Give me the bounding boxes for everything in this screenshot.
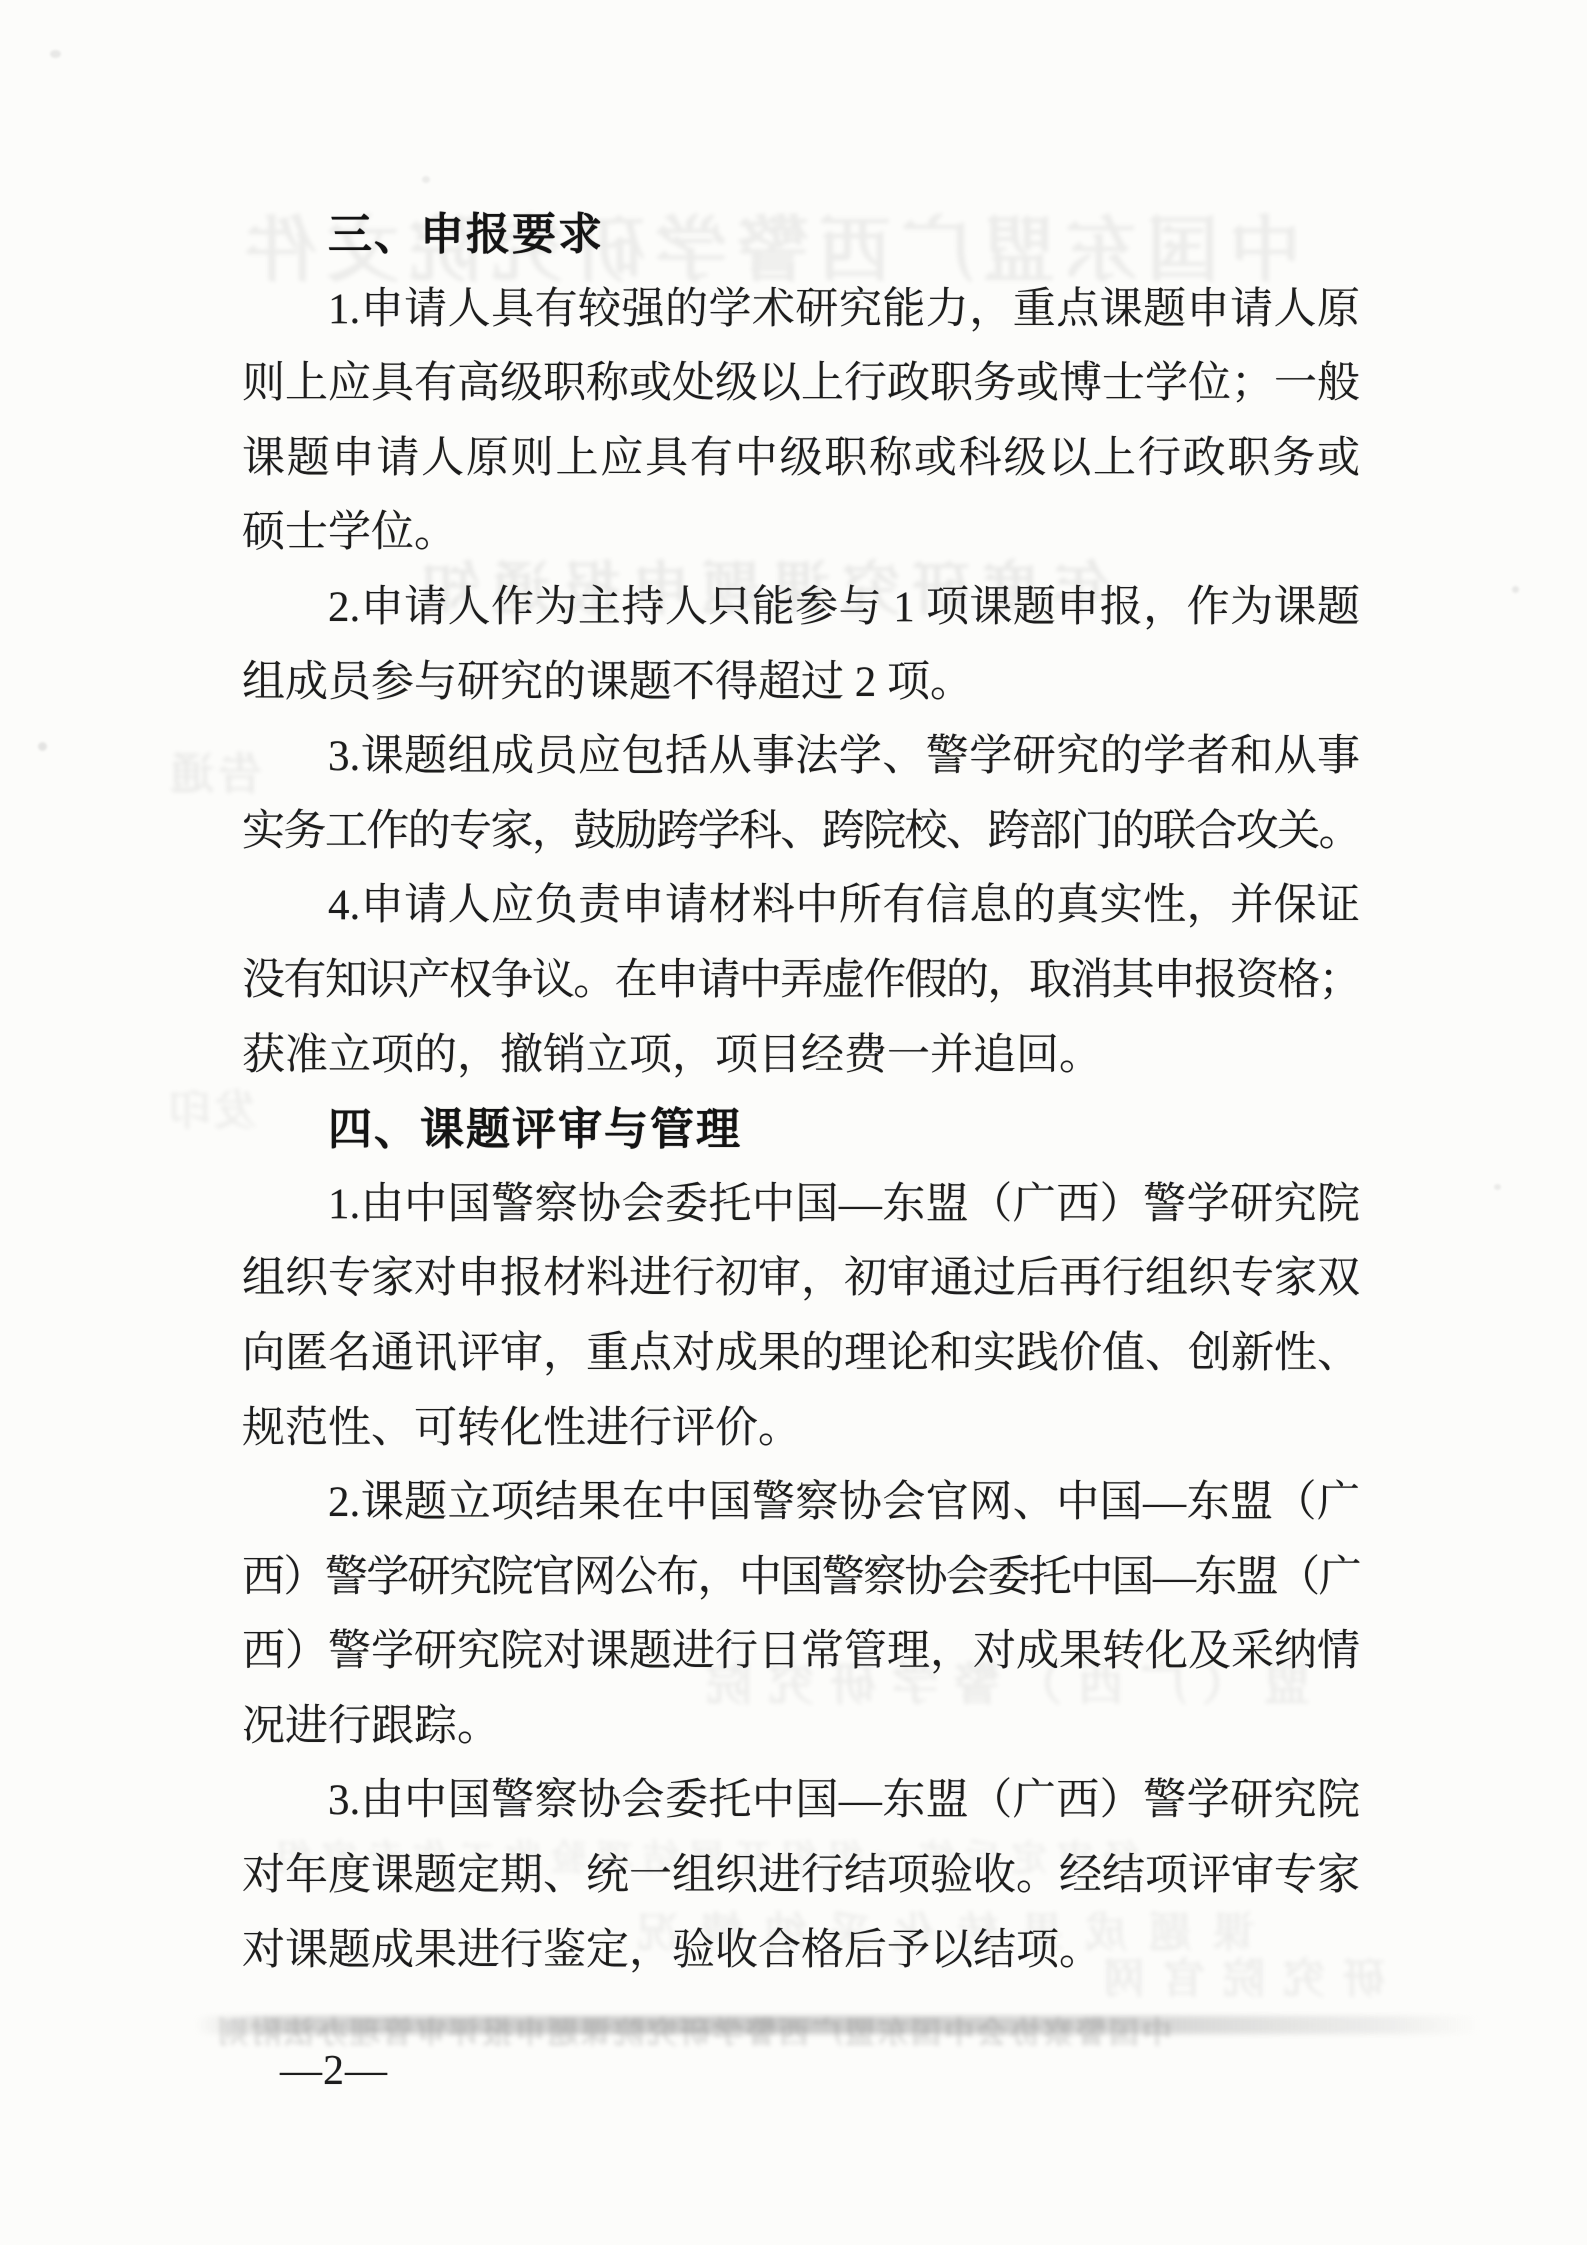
section-heading-application-requirements: 三、申报要求 xyxy=(242,198,1360,273)
paragraph-line: 1.申请人具有较强的学术研究能力，重点课题申请人原 xyxy=(242,273,1360,348)
scan-speck xyxy=(1512,586,1519,593)
scanned-document-page: 中国东盟广西警学研究院文件 年度研究课题申报通知 告通 发印 盟（广西）警学研究… xyxy=(0,0,1587,2245)
paragraph-line: 实务工作的专家，鼓励跨学科、跨院校、跨部门的联合攻关。 xyxy=(242,795,1360,870)
paragraph-line: 向匿名通讯评审，重点对成果的理论和实践价值、创新性、 xyxy=(242,1317,1360,1392)
scan-speck xyxy=(50,50,61,58)
paragraph-line: 没有知识产权争议。在申请中弄虚作假的，取消其申报资格； xyxy=(242,944,1360,1019)
document-body: 三、申报要求 1.申请人具有较强的学术研究能力，重点课题申请人原 则上应具有高级… xyxy=(242,198,1360,2109)
paragraph-line: 况进行跟踪。 xyxy=(242,1690,1360,1765)
paragraph-line: 获准立项的，撤销立项，项目经费一并追回。 xyxy=(242,1019,1360,1094)
paragraph-line: 西）警学研究院官网公布，中国警察协会委托中国—东盟（广 xyxy=(242,1541,1360,1616)
scan-speck xyxy=(422,176,430,183)
page-number: —2— xyxy=(242,2034,1360,2109)
paragraph-line: 3.由中国警察协会委托中国—东盟（广西）警学研究院 xyxy=(242,1764,1360,1839)
scan-speck xyxy=(38,742,47,751)
paragraph-line: 对课题成果进行鉴定，验收合格后予以结项。 xyxy=(242,1914,1360,1989)
paragraph-line: 3.课题组成员应包括从事法学、警学研究的学者和从事 xyxy=(242,720,1360,795)
paragraph-line: 1.由中国警察协会委托中国—东盟（广西）警学研究院 xyxy=(242,1168,1360,1243)
paragraph-line: 西）警学研究院对课题进行日常管理，对成果转化及采纳情 xyxy=(242,1615,1360,1690)
paragraph-line: 2.申请人作为主持人只能参与 1 项课题申报，作为课题 xyxy=(242,571,1360,646)
paragraph-line: 对年度课题定期、统一组织进行结项验收。经结项评审专家 xyxy=(242,1839,1360,1914)
paragraph-line: 规范性、可转化性进行评价。 xyxy=(242,1392,1360,1467)
scan-speck xyxy=(1494,1184,1501,1190)
paragraph-line: 组织专家对申报材料进行初审，初审通过后再行组织专家双 xyxy=(242,1242,1360,1317)
section-heading-review-and-management: 四、课题评审与管理 xyxy=(242,1093,1360,1168)
paragraph-line: 4.申请人应负责申请材料中所有信息的真实性，并保证 xyxy=(242,869,1360,944)
paragraph-line: 硕士学位。 xyxy=(242,496,1360,571)
paragraph-line: 课题申请人原则上应具有中级职称或科级以上行政职务或 xyxy=(242,422,1360,497)
paragraph-line: 2.课题立项结果在中国警察协会官网、中国—东盟（广 xyxy=(242,1466,1360,1541)
paragraph-line: 则上应具有高级职称或处级以上行政职务或博士学位；一般 xyxy=(242,347,1360,422)
paragraph-line: 组成员参与研究的课题不得超过 2 项。 xyxy=(242,646,1360,721)
